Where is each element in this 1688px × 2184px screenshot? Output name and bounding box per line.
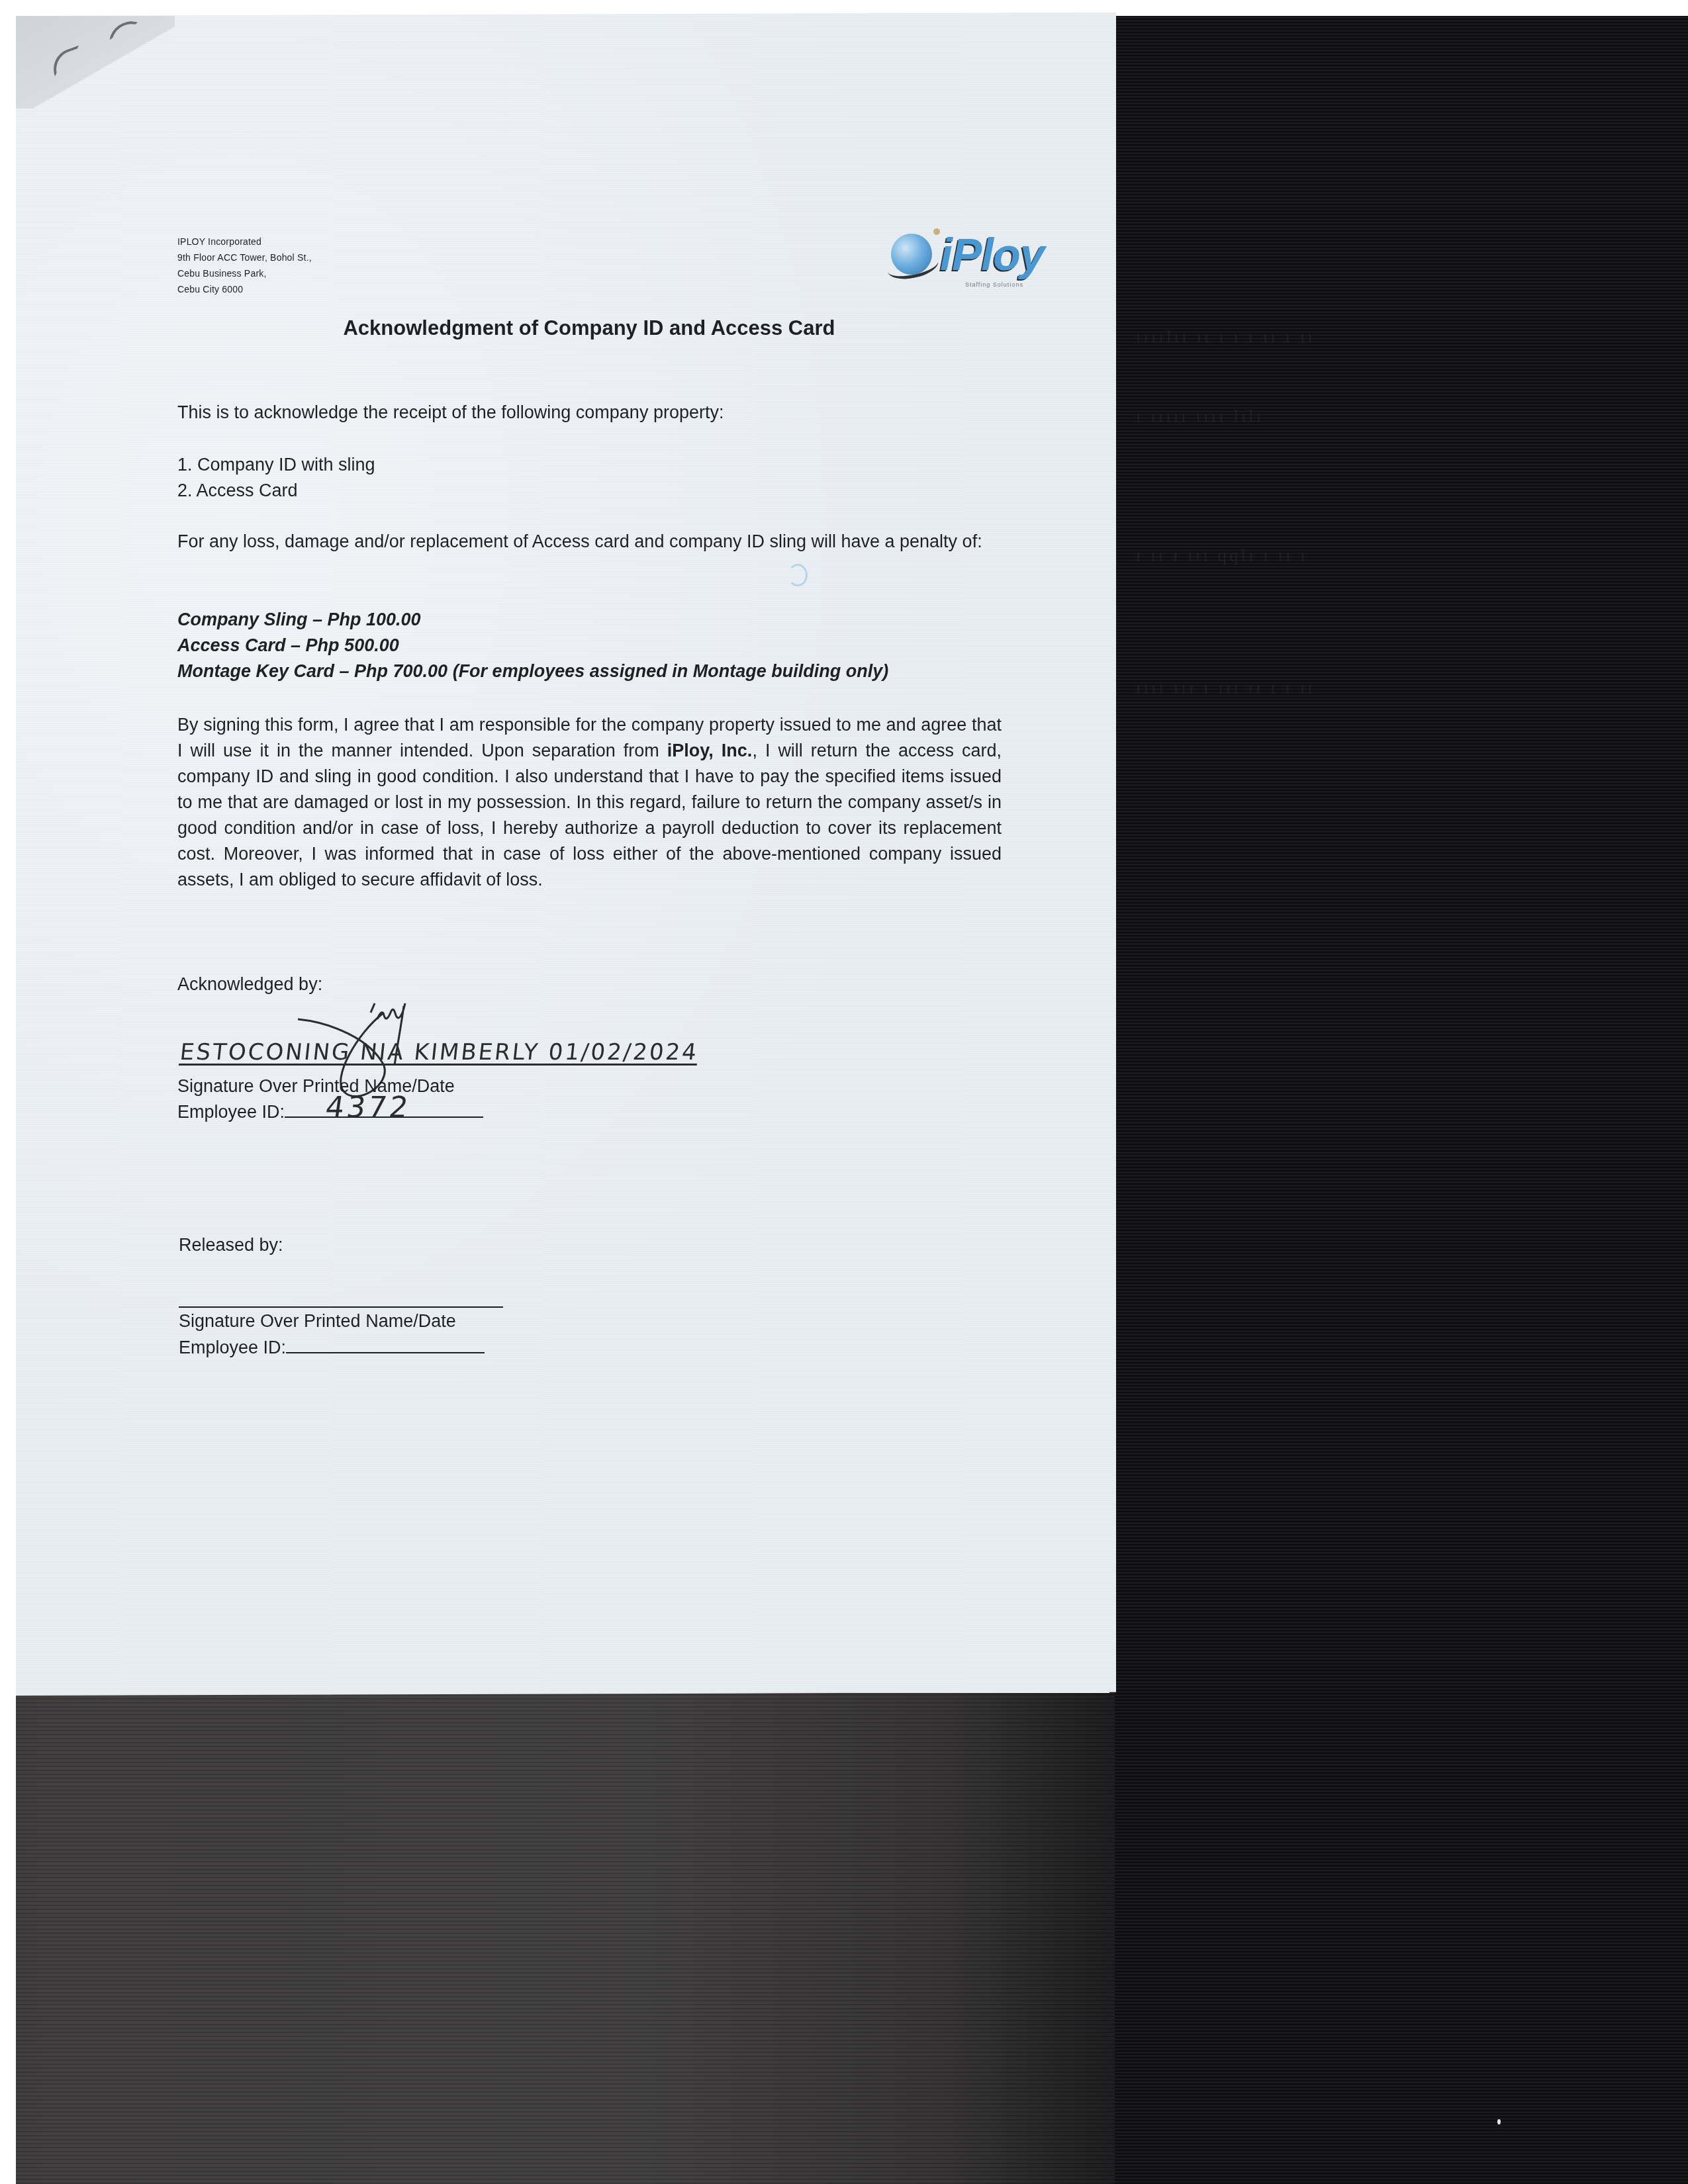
employee-id-label: Employee ID: bbox=[177, 1102, 285, 1122]
company-name-bold: iPloy, Inc. bbox=[667, 741, 753, 760]
penalty-item: Company Sling – Php 100.00 bbox=[177, 607, 888, 633]
signature-caption: Signature Over Printed Name/Date bbox=[177, 1076, 455, 1097]
dust-speck bbox=[1497, 2119, 1501, 2124]
logo-dot-icon bbox=[933, 228, 940, 235]
penalty-list: Company Sling – Php 100.00 Access Card –… bbox=[177, 607, 888, 684]
scanner-background-bottom bbox=[16, 1693, 1115, 2184]
employee-id-label: Employee ID: bbox=[179, 1338, 286, 1357]
intro-paragraph: This is to acknowledge the receipt of th… bbox=[177, 400, 724, 426]
signature-line bbox=[179, 1306, 503, 1308]
logo-brand-text: iPloy bbox=[940, 228, 1045, 281]
bleed-through-text: ı ııııı ıııı lılı bbox=[1136, 406, 1264, 427]
property-list: 1. Company ID with sling 2. Access Card bbox=[177, 452, 375, 504]
agreement-paragraph: By signing this form, I agree that I am … bbox=[177, 712, 1002, 893]
ink-mark bbox=[788, 564, 808, 586]
list-item: 2. Access Card bbox=[177, 478, 375, 504]
company-logo: iPloy Staffing Solutions bbox=[887, 228, 1059, 295]
document-title: Acknowledgment of Company ID and Access … bbox=[0, 316, 1178, 340]
folded-corner bbox=[16, 16, 175, 109]
scanner-background-right: ıııılıı ıı ı ı ı ıı ı ıı ı ııııı ıııı lı… bbox=[1109, 16, 1688, 2184]
penalty-intro-paragraph: For any loss, damage and/or replacement … bbox=[177, 529, 1005, 555]
penalty-item: Access Card – Php 500.00 bbox=[177, 633, 888, 659]
released-by-label: Released by: bbox=[179, 1235, 283, 1255]
logo-tagline: Staffing Solutions bbox=[965, 281, 1023, 288]
address-line: 9th Floor ACC Tower, Bohol St., bbox=[177, 250, 312, 265]
company-address: IPLOY Incorporated 9th Floor ACC Tower, … bbox=[177, 234, 312, 297]
employee-id-line bbox=[286, 1338, 485, 1353]
penalty-item: Montage Key Card – Php 700.00 (For emplo… bbox=[177, 659, 888, 684]
employee-id-field: Employee ID: bbox=[179, 1338, 485, 1358]
company-name: IPLOY Incorporated bbox=[177, 234, 312, 250]
acknowledged-by-label: Acknowledged by: bbox=[177, 974, 322, 995]
signature-caption: Signature Over Printed Name/Date bbox=[179, 1311, 456, 1332]
bleed-through-text: ı ıı ı ııı qqlı ı ıı ı bbox=[1136, 545, 1308, 566]
agreement-text: , I will return the access card, company… bbox=[177, 741, 1002, 889]
bleed-through-text: ıııı ııı ı ııı ıı ı ı ıı bbox=[1136, 678, 1315, 698]
address-line: Cebu City 6000 bbox=[177, 281, 312, 297]
list-item: 1. Company ID with sling bbox=[177, 452, 375, 478]
employee-id-handwritten: 4372 bbox=[323, 1091, 412, 1124]
address-line: Cebu Business Park, bbox=[177, 265, 312, 281]
